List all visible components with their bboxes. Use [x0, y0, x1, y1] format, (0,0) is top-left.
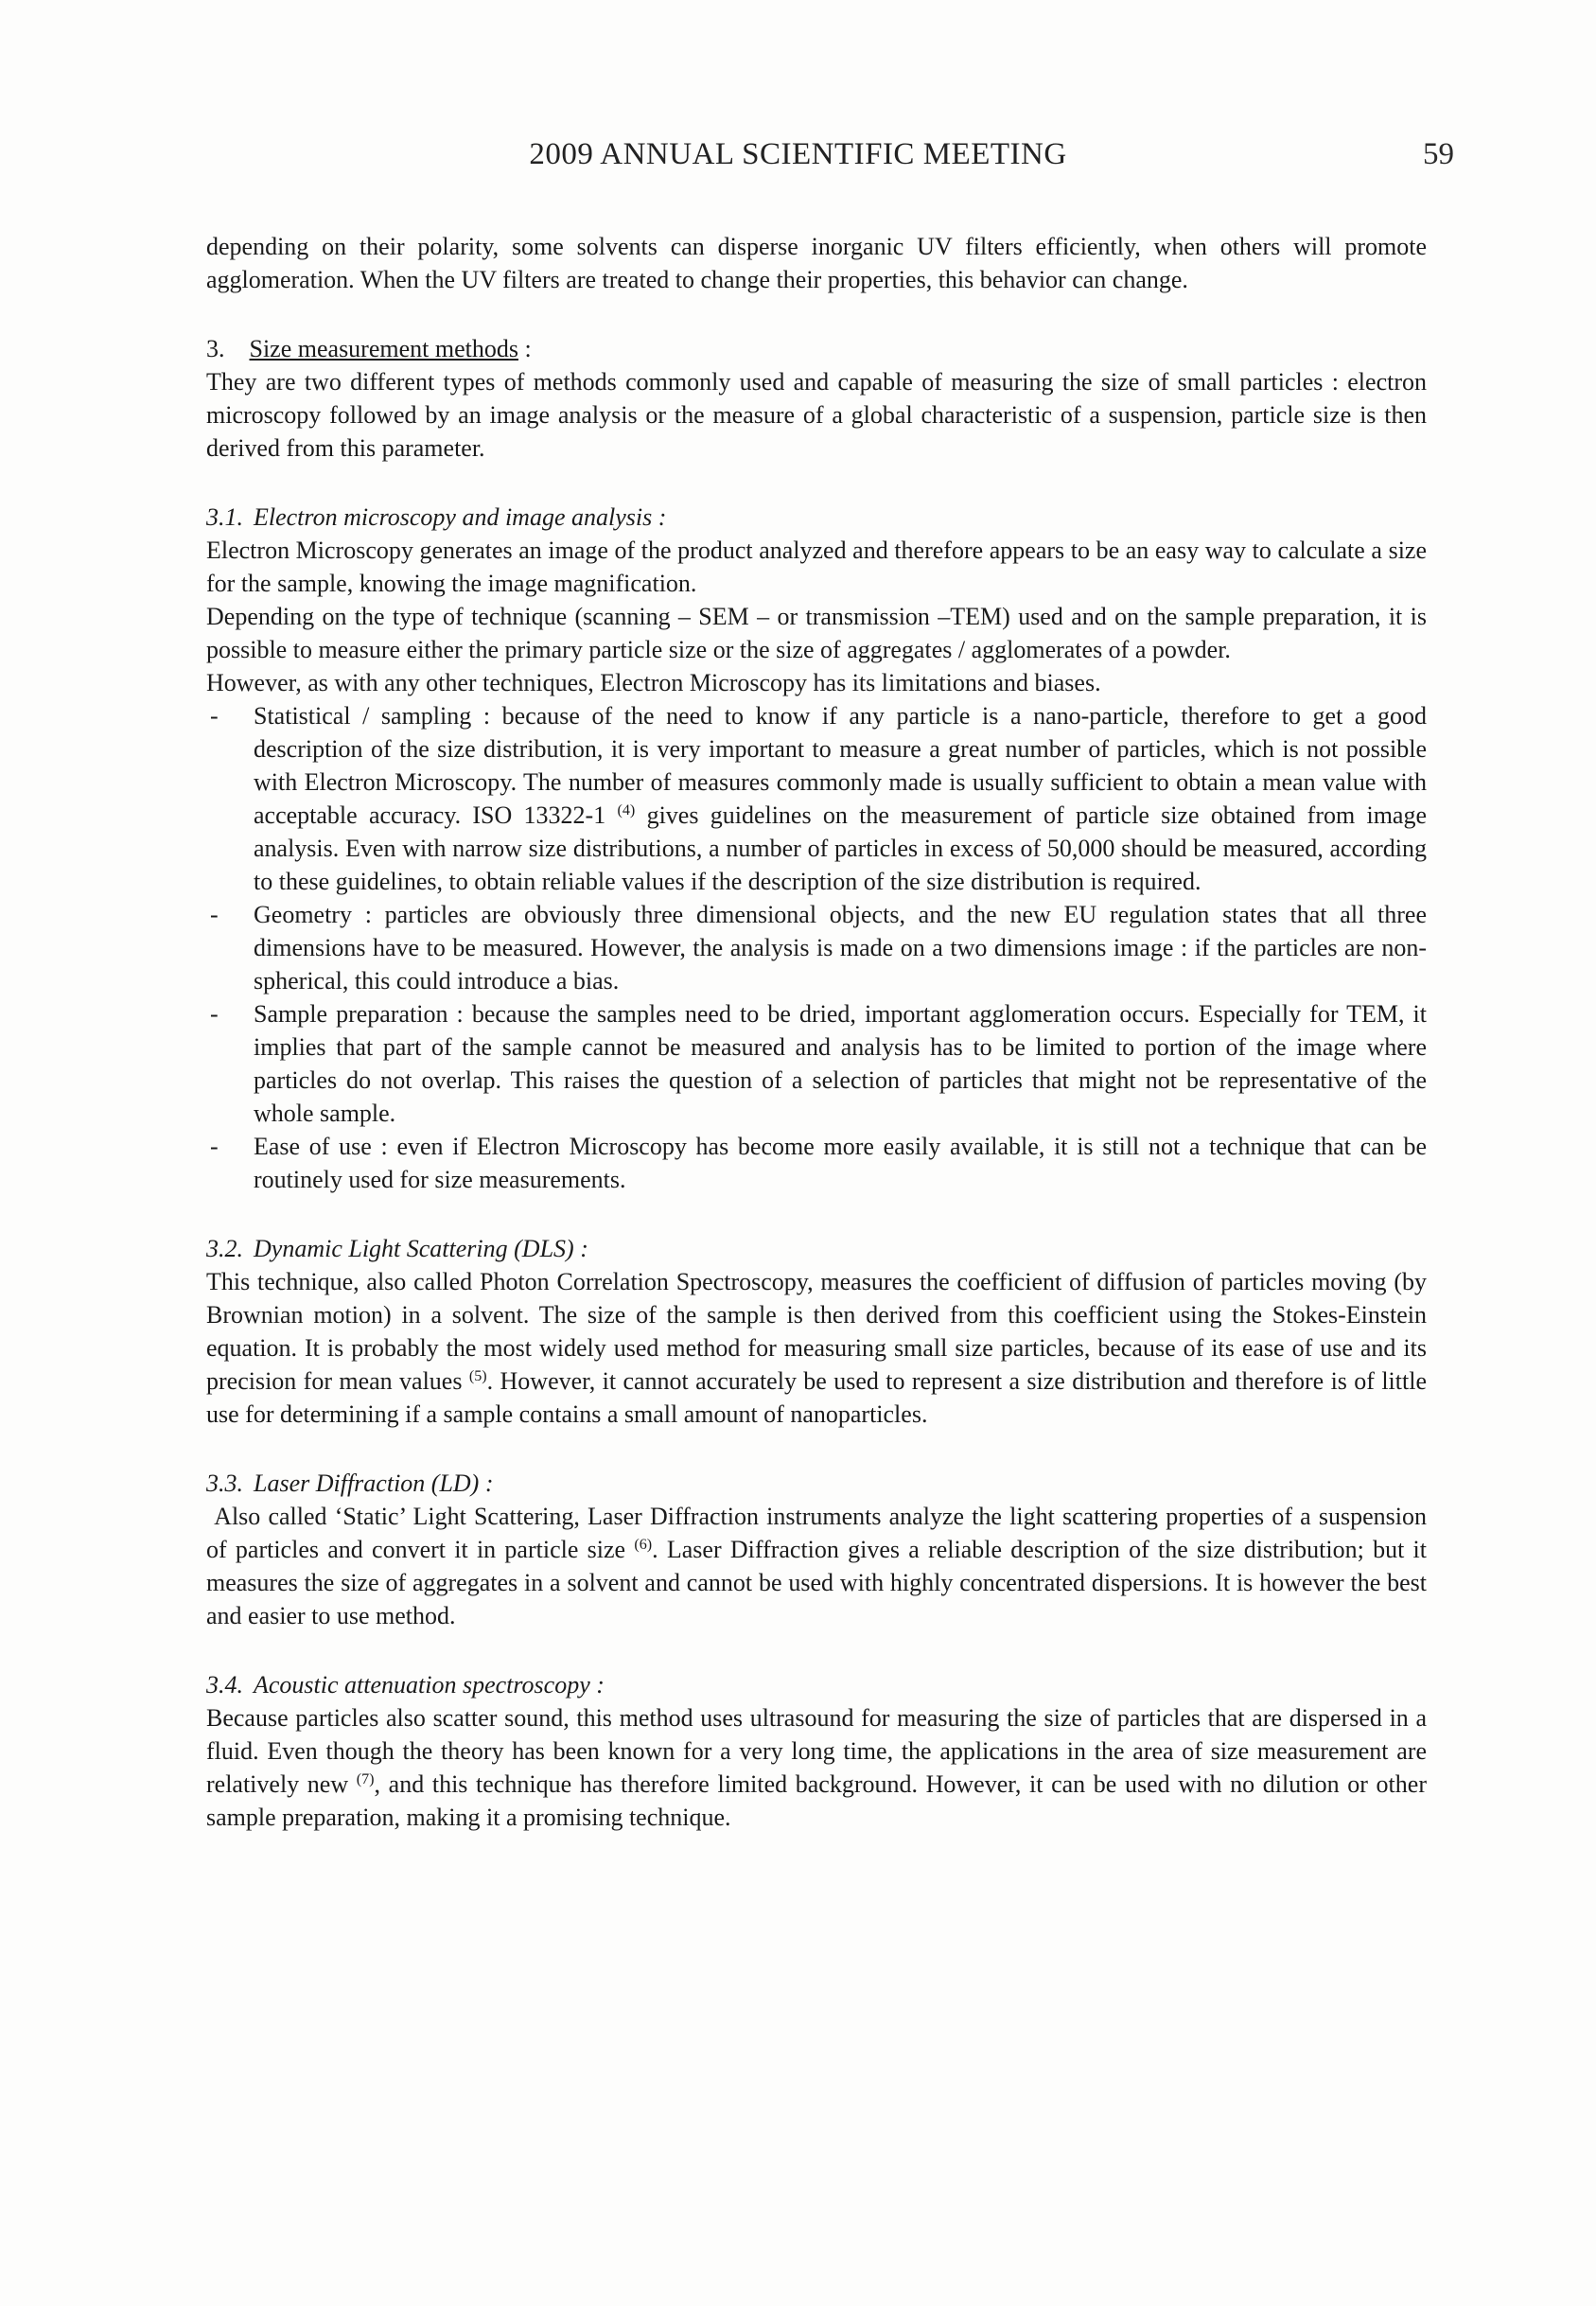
document-body: 3.Size measurement methods :They are two… — [206, 332, 1427, 1834]
section-heading: 3.2.Dynamic Light Scattering (DLS) : — [206, 1232, 1427, 1265]
section-number: 3.1. — [206, 501, 243, 534]
section-title: Size measurement methods — [250, 335, 518, 362]
paragraph: Depending on the type of technique (scan… — [206, 600, 1427, 666]
paragraph: Also called ‘Static’ Light Scattering, L… — [206, 1500, 1427, 1632]
paragraph: They are two different types of methods … — [206, 365, 1427, 465]
section-number: 3.2. — [206, 1232, 243, 1265]
document-content: depending on their polarity, some solven… — [206, 230, 1427, 1834]
text-run: Depending on the type of technique (scan… — [206, 603, 1427, 663]
section: 3.4.Acoustic attenuation spectroscopy :B… — [206, 1668, 1427, 1834]
paragraph: However, as with any other techniques, E… — [206, 666, 1427, 699]
section-number: 3.3. — [206, 1467, 243, 1500]
page-header: 2009 ANNUAL SCIENTIFIC MEETING 59 — [0, 138, 1596, 180]
section: 3.2.Dynamic Light Scattering (DLS) :This… — [206, 1232, 1427, 1431]
section-title: Dynamic Light Scattering (DLS) — [254, 1235, 574, 1262]
bullet-item: -Statistical / sampling : because of the… — [206, 699, 1427, 898]
text-run: Ease of use : even if Electron Microscop… — [254, 1133, 1427, 1193]
section: 3.Size measurement methods :They are two… — [206, 332, 1427, 465]
text-run: Electron Microscopy generates an image o… — [206, 537, 1427, 597]
paragraph: Because particles also scatter sound, th… — [206, 1701, 1427, 1834]
section: 3.1.Electron microscopy and image analys… — [206, 501, 1427, 1196]
section-title-suffix: : — [479, 1470, 493, 1497]
section-heading: 3.4.Acoustic attenuation spectroscopy : — [206, 1668, 1427, 1701]
reference-superscript: (7) — [357, 1771, 375, 1787]
section-title: Laser Diffraction (LD) — [254, 1470, 479, 1497]
paragraph: Electron Microscopy generates an image o… — [206, 534, 1427, 600]
text-run: However, as with any other techniques, E… — [206, 669, 1101, 696]
section: 3.3.Laser Diffraction (LD) : Also called… — [206, 1467, 1427, 1632]
text-run: Sample preparation : because the samples… — [254, 1000, 1427, 1127]
reference-superscript: (4) — [618, 802, 636, 819]
scanned-document-page: 2009 ANNUAL SCIENTIFIC MEETING 59 depend… — [0, 0, 1596, 2306]
bullet-item: -Geometry : particles are obviously thre… — [206, 898, 1427, 997]
section-title-suffix: : — [590, 1671, 605, 1699]
section-heading: 3.1.Electron microscopy and image analys… — [206, 501, 1427, 534]
text-run: Geometry : particles are obviously three… — [254, 901, 1427, 995]
section-title: Electron microscopy and image analysis — [254, 503, 652, 531]
section-title: Acoustic attenuation spectroscopy — [254, 1671, 590, 1699]
text-run: They are two different types of methods … — [206, 368, 1427, 462]
bullet-item: -Ease of use : even if Electron Microsco… — [206, 1130, 1427, 1196]
page-title: 2009 ANNUAL SCIENTIFIC MEETING — [0, 138, 1596, 171]
bullet-item: -Sample preparation : because the sample… — [206, 997, 1427, 1130]
section-title-suffix: : — [574, 1235, 588, 1262]
bullet-dash: - — [210, 1130, 219, 1163]
section-title-suffix: : — [652, 503, 666, 531]
bullet-dash: - — [210, 898, 219, 931]
bullet-dash: - — [210, 997, 219, 1030]
paragraph: This technique, also called Photon Corre… — [206, 1265, 1427, 1431]
section-heading: 3.3.Laser Diffraction (LD) : — [206, 1467, 1427, 1500]
section-number: 3. — [206, 332, 225, 365]
section-heading: 3.Size measurement methods : — [206, 332, 1427, 365]
section-title-suffix: : — [518, 335, 532, 362]
page-number: 59 — [1423, 138, 1454, 171]
reference-superscript: (6) — [634, 1537, 652, 1553]
intro-paragraph: depending on their polarity, some solven… — [206, 230, 1427, 296]
reference-superscript: (5) — [469, 1368, 487, 1384]
text-run: , and this technique has therefore limit… — [206, 1770, 1427, 1831]
text-run: depending on their polarity, some solven… — [206, 233, 1427, 293]
bullet-dash: - — [210, 699, 219, 732]
section-number: 3.4. — [206, 1668, 243, 1701]
